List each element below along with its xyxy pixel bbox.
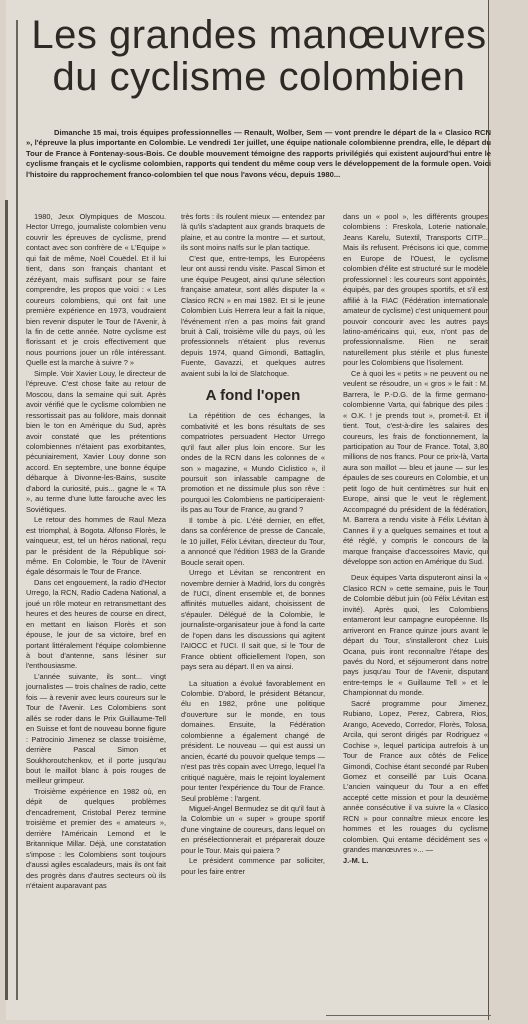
subheading: A fond l'open bbox=[181, 387, 325, 405]
paragraph: Troisième expérience en 1982 où, en dépi… bbox=[26, 787, 166, 892]
author-signature: J.-M. L. bbox=[343, 856, 488, 866]
paragraph: Simple. Voir Xavier Louy, le directeur d… bbox=[26, 369, 166, 515]
paragraph: Deux équipes Varta disputeront ainsi la … bbox=[343, 573, 488, 698]
paragraph: C'est que, entre-temps, les Européens le… bbox=[181, 254, 325, 379]
paragraph: La situation a évolué favorablement en C… bbox=[181, 679, 325, 804]
paragraph: Urrego et Lévitan se rencontrent en nove… bbox=[181, 568, 325, 673]
paragraph: La répétition de ces échanges, la combat… bbox=[181, 411, 325, 516]
column-1: 1980, Jeux Olympiques de Moscou. Hector … bbox=[26, 212, 166, 891]
headline: Les grandes manœuvres du cyclisme colomb… bbox=[24, 14, 494, 98]
left-border-rule bbox=[16, 20, 18, 1000]
paragraph: Le retour des hommes de Raul Meza est tr… bbox=[26, 515, 166, 578]
lead-paragraph: Dimanche 15 mai, trois équipes professio… bbox=[26, 128, 491, 180]
paragraph: très forts : ils roulent mieux — entende… bbox=[181, 212, 325, 254]
paragraph: Sacré programme pour Jimenez, Rubiano, L… bbox=[343, 699, 488, 856]
headline-line-1: Les grandes manœuvres bbox=[24, 14, 494, 56]
paragraph: Ce à quoi les « petits » ne peuvent ou n… bbox=[343, 369, 488, 568]
newspaper-clipping: Les grandes manœuvres du cyclisme colomb… bbox=[6, 0, 489, 1020]
bottom-border-rule bbox=[326, 1015, 491, 1016]
paragraph: Miguel-Angel Bermudez se dit qu'il faut … bbox=[181, 804, 325, 856]
column-2: très forts : ils roulent mieux — entende… bbox=[181, 212, 325, 877]
page-edge-shadow bbox=[5, 200, 8, 1000]
paragraph: Le président commence par solliciter, po… bbox=[181, 856, 325, 877]
paragraph: dans un « pool », les différents groupes… bbox=[343, 212, 488, 369]
paragraph: L'année suivante, ils sont... vingt jour… bbox=[26, 672, 166, 787]
column-3: dans un « pool », les différents groupes… bbox=[343, 212, 488, 866]
paragraph: Il tombe à pic. L'été dernier, en effet,… bbox=[181, 516, 325, 568]
paragraph: 1980, Jeux Olympiques de Moscou. Hector … bbox=[26, 212, 166, 369]
headline-line-2: du cyclisme colombien bbox=[24, 56, 494, 98]
paragraph: Dans cet engouement, la radio d'Hector U… bbox=[26, 578, 166, 672]
